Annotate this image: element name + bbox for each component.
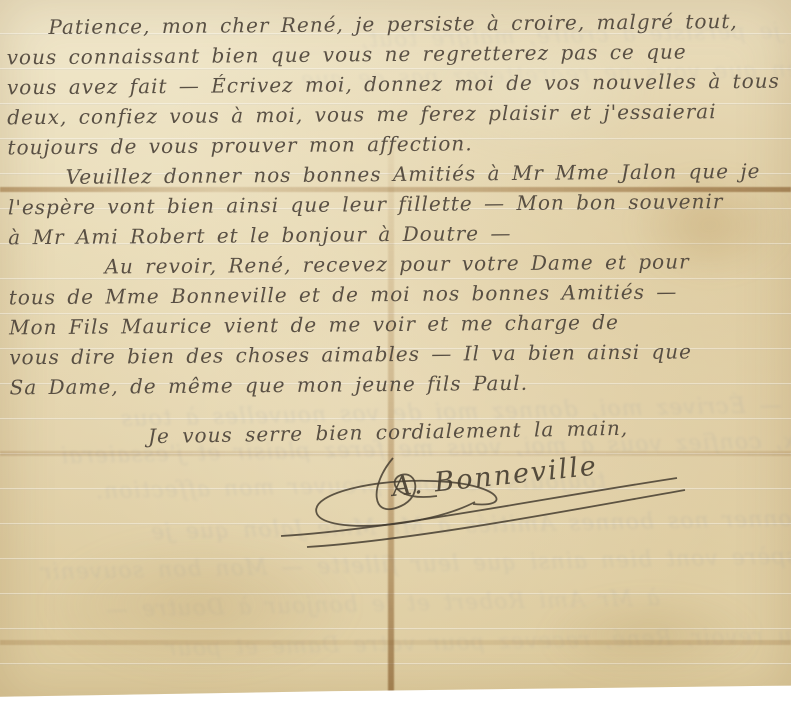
bleedthrough-line: Au revoir, René, recevez pour votre Dame… [165, 623, 791, 661]
letter-line: Sa Dame, de même que mon jeune fils Paul… [9, 369, 788, 406]
fold-crease-horizontal [0, 640, 791, 645]
paper-stain [540, 590, 760, 680]
signature: A. Bonneville [265, 440, 695, 560]
signature-flourish: A. Bonneville [265, 440, 695, 560]
letter-body: Patience, mon cher René, je persiste à c… [6, 9, 788, 406]
scanned-letter-screenshot: { "letter": { "language": "French", "lin… [0, 0, 796, 709]
letter-page: Patience, mon cher René, je persiste à c… [0, 0, 791, 701]
bleedthrough-line: à Mr Ami Robert et le bonjour à Doutre — [105, 586, 660, 623]
